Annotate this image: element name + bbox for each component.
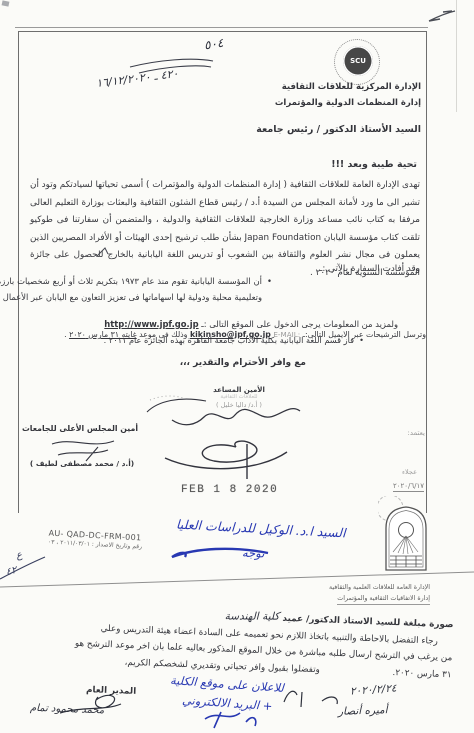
ink-marks xyxy=(284,691,337,707)
bullet-item: أن المؤسسة اليابانية تقوم منذ عام ١٩٧٣ ب… xyxy=(0,274,272,306)
fold-line xyxy=(456,0,457,112)
letter-frame-outer-line xyxy=(15,27,428,28)
addressee-line: السيد الأستاذ الدكتور / رئيس جامعة xyxy=(256,124,421,135)
margin-number: ٤٢ xyxy=(5,565,18,578)
website-line: ولمزيد من المعلومات يرجى الدخول على المو… xyxy=(104,319,398,329)
blue-routing-note-line1: السيد ا.د. الوكيل للدراسات العليا xyxy=(176,517,346,541)
director-signature-name: محمد محمود تمام xyxy=(30,703,105,717)
scan-speck xyxy=(2,0,10,6)
council-secretary-name: (أ.د / محمد مصطفى لطيف ) xyxy=(22,459,142,468)
org-name-line2: إدارة المنظمات الدولية والمؤتمرات xyxy=(275,98,421,108)
margin-letter: ع xyxy=(15,549,23,561)
email-label: E-MAIL: xyxy=(273,330,300,339)
email-address: kikinsho@jpf.go.jp xyxy=(190,330,271,339)
scanned-letter-page: SCU الإدارة المركزية للعلاقات الثقافية إ… xyxy=(0,0,474,733)
deadline-text: غايته ٣١ مارس ٢٠٢٠ xyxy=(69,330,137,339)
assistant-secretary-subtitle: للعلاقات الثقافية xyxy=(200,394,278,400)
org-name-line1: الإدارة المركزية للعلاقات الثقافية xyxy=(282,82,421,92)
assistant-secretary-title: الأمين المساعد xyxy=(202,386,276,394)
assiut-org-line2: إدارة الاتفاقيات الثقافية والمؤتمرات xyxy=(337,595,430,605)
assistant-secretary-name: ( أ.د/ داليا خليل ) xyxy=(194,401,284,409)
blue-routing-note-line2: نوجه xyxy=(241,546,264,561)
website-line-prefix: ولمزيد من المعلومات يرجى الدخول على المو… xyxy=(199,319,398,329)
closing-salutation: مع وافر الأحترام والتقدير ،،، xyxy=(180,358,306,368)
right-margin-date: ٢٠٢٠/٦/١٧ xyxy=(393,482,424,492)
blue-announce-line2: + البريد الالكتروني xyxy=(182,693,273,713)
handwritten-ref-number: ٥٠٤ xyxy=(203,36,224,53)
website-link: http://www.jpf.go.jp xyxy=(104,319,198,329)
email-line-prefix: وترسل الترشيحات عبر الايميل التالى:ـ xyxy=(300,330,426,339)
salutation: تحية طيبة وبعد !!! xyxy=(331,159,417,170)
director-general-title: المدير العام xyxy=(86,685,136,697)
received-date-stamp: FEB 1 8 2020 xyxy=(181,484,278,496)
blue-announce-line1: للاعلان على موقع الكلية xyxy=(170,673,285,695)
assiut-org-line1: الإدارة العامة للعلاقات العلمية والثقافي… xyxy=(329,584,430,591)
forward-note-block: صورة مبلغة للسيد الاستاذ الدكتور/ عميد ك… xyxy=(18,600,454,684)
scu-logo-text: SCU xyxy=(350,57,366,65)
blue-scribble xyxy=(205,712,256,728)
email-line: وترسل الترشيحات عبر الايميل التالى:ـ E-M… xyxy=(64,330,426,339)
council-secretary-title: أمين المجلس الأعلى للجامعات xyxy=(24,424,138,433)
lead-in-line: وقد أفادت السفارة بالآتى :ـ xyxy=(320,264,420,274)
email-line-middle: وذلك فى موعد xyxy=(137,330,190,339)
bottom-right-date: ٢٠٢٠/٢/٢٤ xyxy=(350,682,397,697)
right-margin-note: يعتمد: xyxy=(407,429,425,437)
pen-arrow-mark xyxy=(429,11,455,21)
scu-logo-icon: SCU xyxy=(343,46,373,76)
bottom-right-name: أميره أنصار xyxy=(338,704,388,718)
right-margin-word: عجلاء xyxy=(402,468,417,476)
dean-college-handwritten: كلية الهندسة xyxy=(225,608,280,625)
